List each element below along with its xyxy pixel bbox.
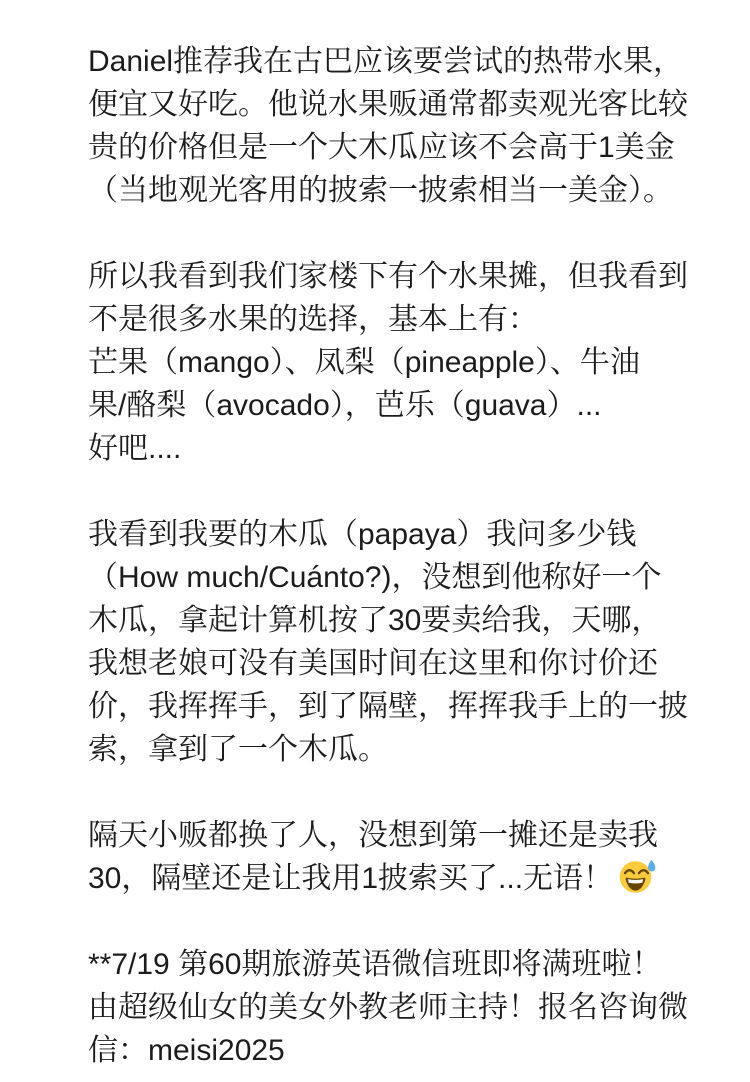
paragraph-fruit-recommendation: Daniel推荐我在古巴应该要尝试的热带水果， 便宜又好吃。他说水果贩通常都卖观… — [88, 40, 750, 212]
paragraph-next-day-story: 隔天小贩都换了人，没想到第一摊还是卖我 30，隔壁还是让我用1披索买了...无语… — [88, 814, 750, 900]
paragraph-papaya-bargain-story: 我看到我要的木瓜（papaya）我问多少钱 （How much/Cuánto?)… — [88, 513, 750, 771]
post-text-body: Daniel推荐我在古巴应该要尝试的热带水果， 便宜又好吃。他说水果贩通常都卖观… — [0, 0, 750, 1072]
paragraph-class-promo: **7/19 第60期旅游英语微信班即将满班啦！ 由超级仙女的美女外教老师主持！… — [88, 943, 750, 1072]
paragraph-next-day-text: 隔天小贩都换了人，没想到第一摊还是卖我 30，隔壁还是让我用1披索买了...无语… — [88, 819, 658, 895]
grinning-face-with-sweat-emoji — [618, 858, 659, 895]
paragraph-fruit-stand-selection: 所以我看到我们家楼下有个水果摊，但我看到 不是很多水果的选择，基本上有： 芒果（… — [88, 255, 750, 470]
